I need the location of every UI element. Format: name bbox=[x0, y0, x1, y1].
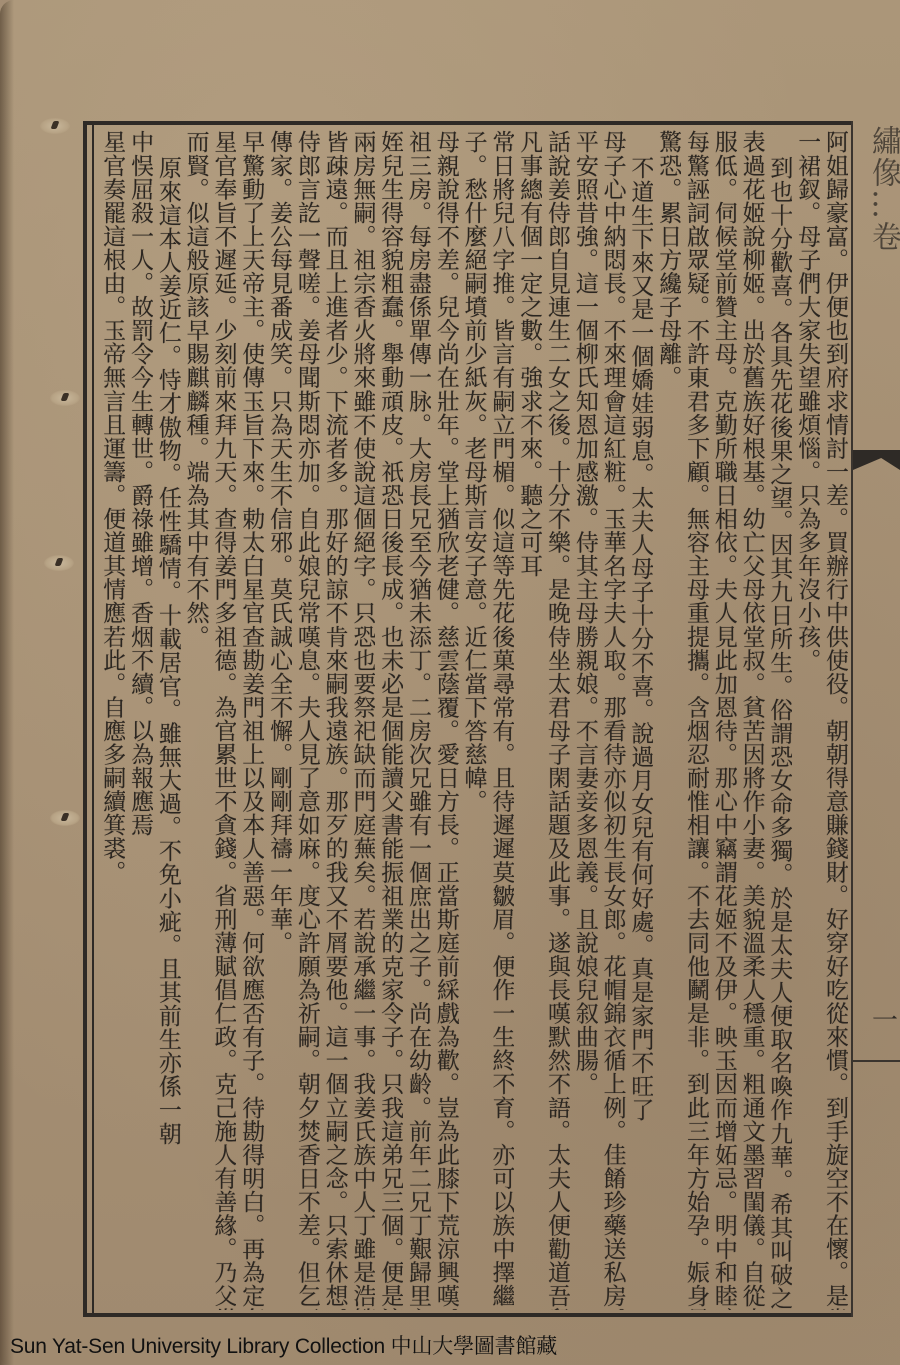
binding-hole bbox=[50, 390, 80, 406]
text-column: 不道生下來又是一個嬌娃弱息。太夫人母子十分不喜。說過月女兒有何好處。真是家門不旺… bbox=[626, 130, 654, 1310]
binding-hole bbox=[50, 810, 80, 826]
text-column: 一裙釵。母子們大家失望雖煩惱。只為多年沒小孩。 bbox=[792, 130, 820, 1310]
binding-hole bbox=[44, 555, 74, 571]
library-watermark: Sun Yat-Sen University Library Collectio… bbox=[10, 1330, 557, 1360]
text-column: 姪兒生得容貌粗蠢。舉動頑皮。祇恐日後長成。也未必是個能讀父書能振祖業的克家令子。… bbox=[375, 130, 403, 1310]
center-fold-page-marker: 一 bbox=[872, 1000, 898, 1037]
text-column: 凡事總有個一定之數。強求不來。聽之可耳 bbox=[514, 130, 542, 1310]
text-column: 平安照昔強。這一個柳氏知恩加感激。侍其主母勝親娘。不言妻妾多恩義。且說娘兒叙曲腸… bbox=[570, 130, 598, 1310]
text-column: 傳家。姜公每見番成笑。只為天生不信邪。莫氏誠心全不懈。剛剛拜禱一年華。 bbox=[264, 130, 292, 1310]
text-column: 皆疎遠。而且上進者少。下流者多。那好的諒不肯來嗣我遠族。那歹的我又不屑要他。這一… bbox=[320, 130, 348, 1310]
scanned-page: 繡像…卷 一 阿姐歸豪富。伊便也到府求情討一差。買辦行中供使役。朝朝得意賺錢財。… bbox=[0, 0, 900, 1365]
text-column: 而賢。似這般原該早賜麒麟種。端為其中有不然。 bbox=[181, 130, 209, 1310]
text-column: 祖三房。每房盡係單傳一脉。大房長兄至今猶未添丁。二房次兄雖有一個庶出之子。尚在幼… bbox=[403, 130, 431, 1310]
binding-hole bbox=[40, 118, 70, 134]
text-column: 兩房無嗣。祖宗香火將來雖不使說這個絕字。只恐也要祭祀缺而門庭蕪矣。若說承繼一事。… bbox=[348, 130, 376, 1310]
text-column: 星官奏罷這根由。玉帝無言且運籌。便道其情應若此。自應多嗣續箕裘。 bbox=[97, 130, 125, 1310]
text-column: 侍郎言訖一聲嗟。姜母聞斯悶亦加。自此娘兒常嘆息。夫人見了意如麻。度心許願為祈嗣。… bbox=[292, 130, 320, 1310]
center-fold-title: 繡像…卷 bbox=[866, 125, 900, 455]
text-column: 服低。伺候堂前贊主母。克勤所職日相依。夫人見此加恩待。那心中竊謂花姬不及伊。映玉… bbox=[709, 130, 737, 1310]
text-column: 母子心中納悶長。不來理會這紅粧。玉華名字夫人取。那看待亦似初生長女郎。花帽錦衣循… bbox=[598, 130, 626, 1310]
text-column: 到也十分歡喜。各具先花後果之望。因其九日所生。俗謂恐女命多獨。於是太夫人便取名喚… bbox=[765, 130, 793, 1310]
text-column: 星官奉旨不遲延。少刻前來拜九天。查得姜門多祖德。為官累世不貪錢。省刑薄賦倡仁政。… bbox=[209, 130, 237, 1310]
text-column: 話說姜侍郎自見連生二女之後。十分不樂。是晚侍坐太君母子閑話題及此事。遂與長嘆默然… bbox=[542, 130, 570, 1310]
text-column: 早驚動了上天帝主。使傳玉旨下來。勅太白星官查勘姜門祖上以及本人善惡。何欲應否有子… bbox=[236, 130, 264, 1310]
text-column: 子。愁什麼絕嗣墳前少紙灰。老母斯言安子意。近仁當下答慈幃。 bbox=[459, 130, 487, 1310]
text-column: 表過花姬說柳姬。出於舊族好根基。幼亡父母依堂叔。貧苦因將作小妻。美貌溫柔人穩重。… bbox=[737, 130, 765, 1310]
center-fold-rule bbox=[853, 1060, 900, 1062]
text-column: 每驚誣詞啟眾疑。不許東君多下顧。無容主母重提攜。含烟忍耐惟相讓。不去同他鬭是非。… bbox=[681, 130, 709, 1310]
vertical-text-body: 阿姐歸豪富。伊便也到府求情討一差。買辦行中供使役。朝朝得意賺錢財。好穿好吃從來慣… bbox=[96, 130, 848, 1310]
text-column: 母親說得不差。兒今尚在壯年。堂上猶欣老健。慈雲蔭覆。愛日方長。正當斯庭前綵戲為歡… bbox=[431, 130, 459, 1310]
text-column: 阿姐歸豪富。伊便也到府求情討一差。買辦行中供使役。朝朝得意賺錢財。好穿好吃從來慣… bbox=[820, 130, 848, 1310]
frame-inner-rule bbox=[92, 121, 94, 1317]
text-column: 常日將兒八字推。皆言有嗣立門楣。似這等先花後菓尋常有。且待遲遲莫皺眉。便作一生終… bbox=[487, 130, 515, 1310]
page-edge-shadow bbox=[0, 0, 14, 1365]
text-column: 原來這本人姜近仁。恃才傲物。任性驕情。十載居官。雖無大過。不免小疵。且其前生亦係… bbox=[153, 130, 181, 1310]
text-column: 中悮屈殺一人。故罰令今生轉世。爵祿雖增。香烟不續。以為報應焉 bbox=[125, 130, 153, 1310]
text-column: 驚恐。累日方纔子母離。 bbox=[653, 130, 681, 1310]
